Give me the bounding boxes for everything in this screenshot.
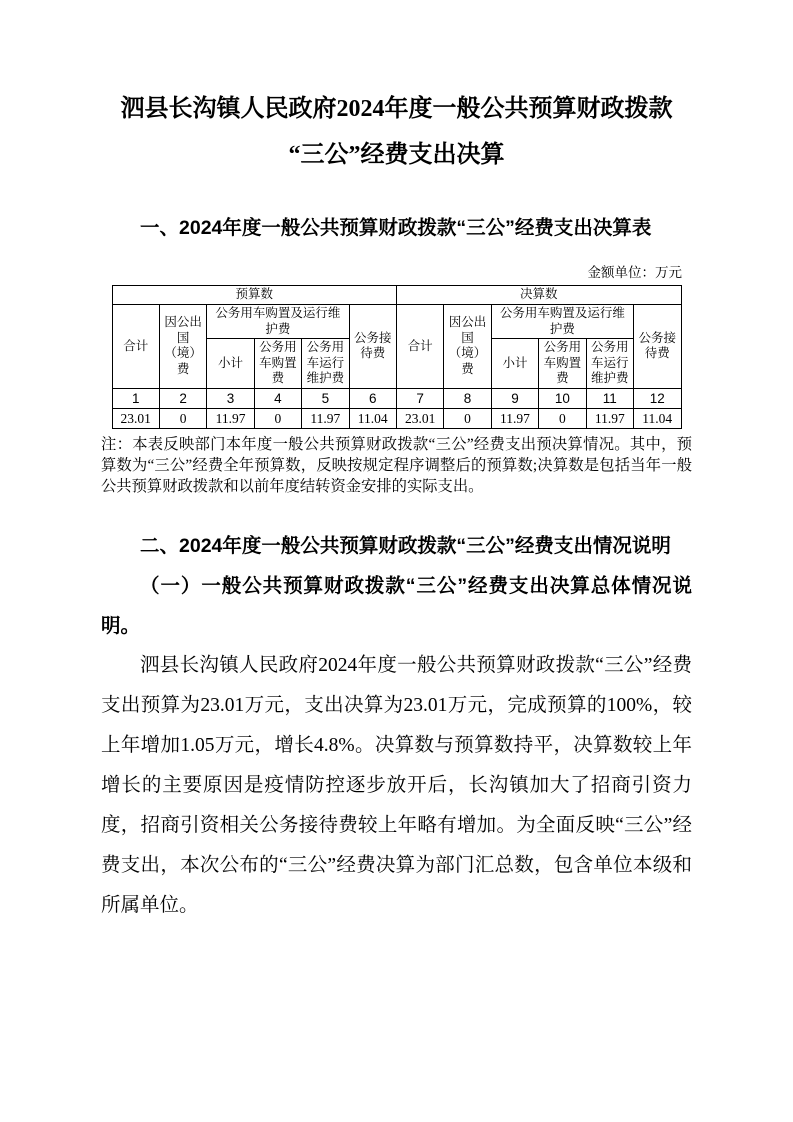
index-cell: 3	[207, 388, 254, 408]
budget-total-header: 合计	[112, 305, 159, 389]
index-cell: 6	[349, 388, 396, 408]
value-cell-budget-subtotal: 11.97	[207, 408, 254, 428]
value-cell-final-operation: 11.97	[586, 408, 633, 428]
final-vehicle-group-header: 公务用车购置及运行维护费	[491, 305, 633, 339]
index-cell: 10	[539, 388, 586, 408]
sangong-expense-table: 预算数 决算数 合计 因公出国（境）费 公务用车购置及运行维护费 公务接待费 合…	[112, 285, 682, 429]
budget-vehicle-group-header: 公务用车购置及运行维护费	[207, 305, 349, 339]
document-page: 泗县长沟镇人民政府2024年度一般公共预算财政拨款 “三公”经费支出决算 一、2…	[0, 0, 793, 1122]
budget-subtotal-header: 小计	[207, 339, 254, 389]
final-abroad-header: 因公出国（境）费	[444, 305, 491, 389]
value-cell-final-reception: 11.04	[633, 408, 681, 428]
index-cell: 1	[112, 388, 159, 408]
index-cell: 12	[633, 388, 681, 408]
body-paragraph: 泗县长沟镇人民政府2024年度一般公共预算财政拨款“三公”经费支出预算为23.0…	[101, 646, 692, 926]
final-subtotal-header: 小计	[491, 339, 538, 389]
value-cell-final-purchase: 0	[539, 408, 586, 428]
value-cell-budget-total: 23.01	[112, 408, 159, 428]
document-content: 泗县长沟镇人民政府2024年度一般公共预算财政拨款 “三公”经费支出决算 一、2…	[0, 86, 793, 926]
table-note: 注：本表反映部门本年度一般公共预算财政拨款“三公”经费支出预决算情况。其中，预算…	[101, 434, 692, 497]
table-index-row: 1 2 3 4 5 6 7 8 9 10 11 12	[112, 388, 681, 408]
value-cell-final-subtotal: 11.97	[491, 408, 538, 428]
budget-reception-header: 公务接待费	[349, 305, 396, 389]
value-cell-budget-abroad: 0	[159, 408, 206, 428]
table-main-header-row: 合计 因公出国（境）费 公务用车购置及运行维护费 公务接待费 合计 因公出国（境…	[112, 305, 681, 339]
table-value-row: 23.01 0 11.97 0 11.97 11.04 23.01 0 11.9…	[112, 408, 681, 428]
final-group-header: 决算数	[396, 286, 681, 305]
budget-abroad-header: 因公出国（境）费	[159, 305, 206, 389]
value-cell-budget-operation: 11.97	[302, 408, 349, 428]
index-cell: 2	[159, 388, 206, 408]
index-cell: 11	[586, 388, 633, 408]
section-2-heading: 二、2024年度一般公共预算财政拨款“三公”经费支出情况说明	[101, 526, 692, 566]
final-total-header: 合计	[396, 305, 443, 389]
budget-purchase-header: 公务用车购置费	[254, 339, 301, 389]
index-cell: 8	[444, 388, 491, 408]
value-cell-budget-purchase: 0	[254, 408, 301, 428]
value-cell-budget-reception: 11.04	[349, 408, 396, 428]
final-operation-header: 公务用车运行维护费	[586, 339, 633, 389]
index-cell: 5	[302, 388, 349, 408]
budget-operation-header: 公务用车运行维护费	[302, 339, 349, 389]
document-title: 泗县长沟镇人民政府2024年度一般公共预算财政拨款 “三公”经费支出决算	[101, 86, 692, 178]
value-cell-final-total: 23.01	[396, 408, 443, 428]
subsection-1-heading: （一）一般公共预算财政拨款“三公”经费支出决算总体情况说明。	[101, 566, 692, 646]
amount-unit-label: 金额单位：万元	[101, 264, 692, 282]
value-cell-final-abroad: 0	[444, 408, 491, 428]
final-purchase-header: 公务用车购置费	[539, 339, 586, 389]
index-cell: 7	[396, 388, 443, 408]
section-1-heading: 一、2024年度一般公共预算财政拨款“三公”经费支出决算表	[101, 208, 692, 248]
index-cell: 4	[254, 388, 301, 408]
index-cell: 9	[491, 388, 538, 408]
document-title-line-2: “三公”经费支出决算	[101, 132, 692, 178]
document-title-line-1: 泗县长沟镇人民政府2024年度一般公共预算财政拨款	[101, 86, 692, 132]
budget-group-header: 预算数	[112, 286, 396, 305]
final-reception-header: 公务接待费	[633, 305, 681, 389]
table-group-header-row: 预算数 决算数	[112, 286, 681, 305]
